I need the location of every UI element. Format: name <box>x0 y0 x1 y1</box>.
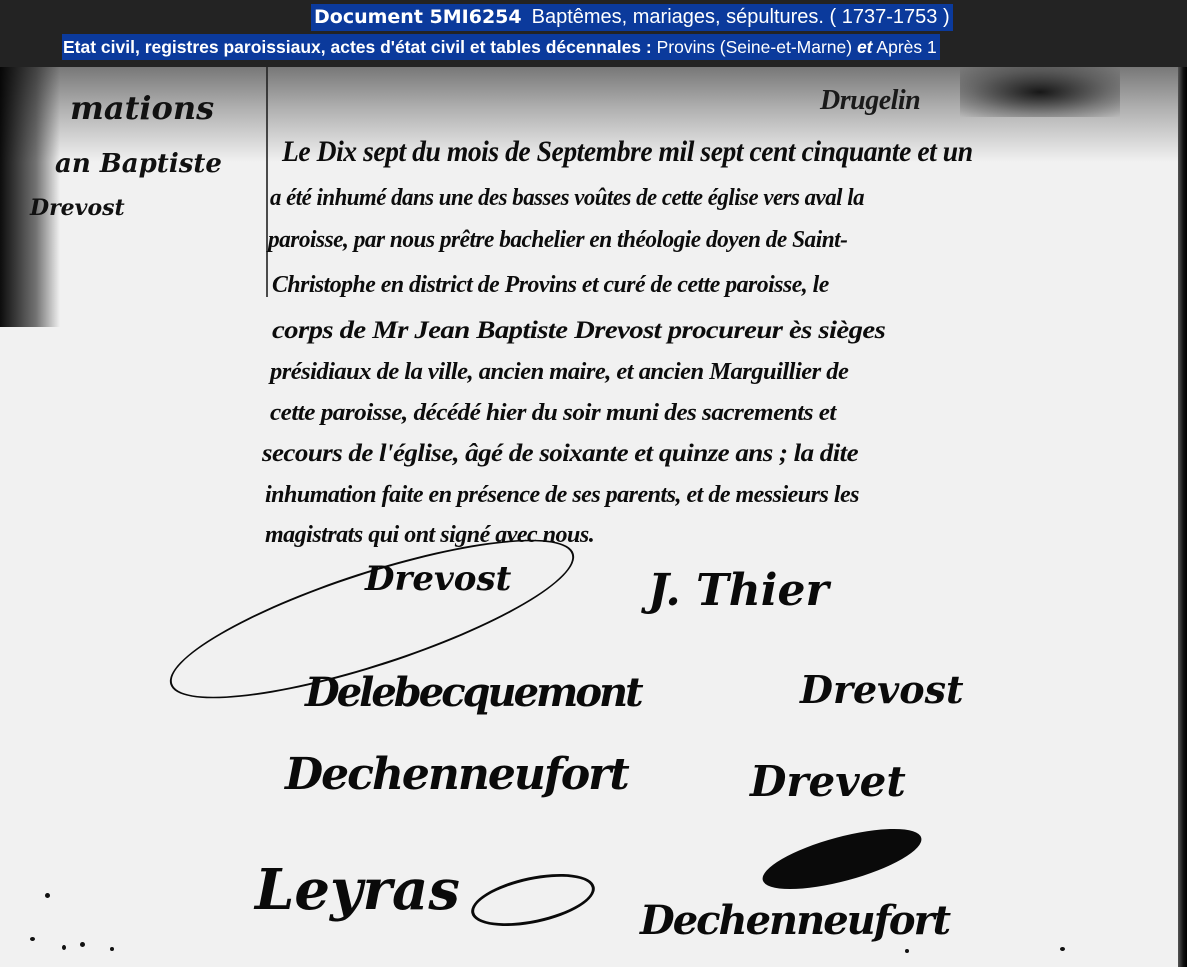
manuscript-line: Le Dix sept du mois de Septembre mil sep… <box>282 135 973 169</box>
subtitle-place: Provins (Seine-et-Marne) <box>652 37 857 57</box>
scan-shadow-top-right <box>960 67 1120 117</box>
signature-flourish <box>467 864 600 935</box>
subtitle-connector: et <box>857 37 873 57</box>
signature: Drevost <box>800 667 964 712</box>
signature: Leyras <box>255 857 460 923</box>
scan-speck <box>30 937 35 941</box>
document-id: Document 5MI6254 <box>314 6 522 28</box>
scan-speck <box>45 893 50 898</box>
scan-speck <box>110 947 114 951</box>
scan-speck <box>80 942 85 947</box>
scan-border-right <box>1178 67 1187 967</box>
signature: Drevet <box>750 757 906 806</box>
margin-rule <box>266 67 268 297</box>
margin-note-line: mations <box>70 89 214 127</box>
manuscript-line: corps de Mr Jean Baptiste Drevost procur… <box>272 317 885 345</box>
manuscript-line: secours de l'église, âgé de soixante et … <box>262 440 858 468</box>
register-header-word: Drugelin <box>820 85 920 117</box>
document-header: Document 5MI6254Baptêmes, mariages, sépu… <box>0 0 1187 67</box>
document-subtitle: Etat civil, registres paroissiaux, actes… <box>62 34 940 60</box>
document-description: Baptêmes, mariages, sépultures. ( 1737-1… <box>532 6 950 28</box>
manuscript-line: a été inhumé dans une des basses voûtes … <box>270 185 864 212</box>
manuscript-line: présidiaux de la ville, ancien maire, et… <box>270 359 848 386</box>
manuscript-line: cette paroisse, décédé hier du soir muni… <box>270 400 836 427</box>
manuscript-line: paroisse, par nous prêtre bachelier en t… <box>268 227 847 254</box>
document-title-bar: Document 5MI6254Baptêmes, mariages, sépu… <box>311 4 953 31</box>
signature: Delebecquemont <box>305 669 641 716</box>
signature: Dechenneufort <box>285 749 628 800</box>
scan-speck <box>1060 947 1065 951</box>
subtitle-series: Etat civil, registres paroissiaux, actes… <box>63 37 652 57</box>
signature-flourish <box>757 817 927 902</box>
signature: Dechenneufort <box>640 897 949 944</box>
scan-speck <box>62 945 66 950</box>
manuscript-scan-image[interactable]: mations an Baptiste Drevost Drugelin Le … <box>0 67 1187 967</box>
scan-speck <box>905 949 909 953</box>
manuscript-line: Christophe en district de Provins et cur… <box>272 272 829 299</box>
signature: J. Thier <box>648 565 829 616</box>
margin-note-line: Drevost <box>30 195 125 221</box>
margin-note-line: an Baptiste <box>55 149 222 179</box>
signature: Drevost <box>365 559 511 599</box>
subtitle-tail: Après 1 <box>873 37 937 57</box>
manuscript-line: inhumation faite en présence de ses pare… <box>265 482 859 509</box>
